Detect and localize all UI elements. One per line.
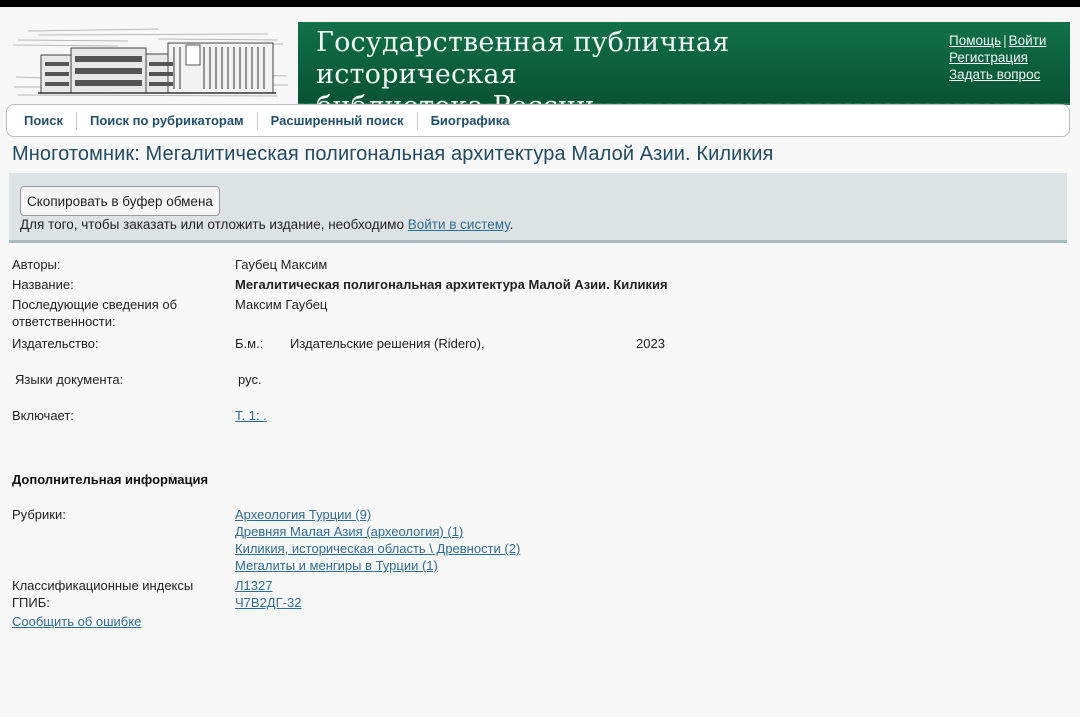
login-note-suffix: .: [510, 217, 514, 232]
class-index-label-line-1: Классификационные индексы: [12, 577, 193, 594]
class-index-link[interactable]: Л1327: [235, 578, 272, 593]
report-error: Сообщить об ошибке: [12, 614, 141, 629]
help-link[interactable]: Помощь: [949, 33, 1001, 48]
nav-advanced-search[interactable]: Расширенный поиск: [258, 112, 418, 130]
copy-to-clipboard-button[interactable]: Скопировать в буфер обмена: [20, 186, 220, 216]
header-links: Помощь|Войти Регистрация Задать вопрос: [949, 32, 1046, 83]
authors-value: Гаубец Максим: [235, 256, 327, 273]
languages-value: рус.: [238, 371, 262, 388]
publisher-name: Издательские решения (Ridero),: [290, 335, 485, 352]
responsibility-label: Последующие сведения об ответственности:: [12, 296, 177, 330]
link-separator: |: [1003, 33, 1007, 48]
rubrics-list: Археология Турции (9) Древняя Малая Азия…: [235, 506, 520, 574]
class-index-label: Классификационные индексы ГПИБ:: [12, 577, 193, 611]
volume-1-link[interactable]: Т. 1: .: [235, 408, 267, 423]
login-note-text: Для того, чтобы заказать или отложить из…: [20, 217, 408, 232]
title-label: Название:: [12, 276, 74, 293]
main-nav: Поиск Поиск по рубрикаторам Расширенный …: [6, 104, 1070, 137]
login-link[interactable]: Войти: [1009, 33, 1047, 48]
authors-label: Авторы:: [12, 256, 61, 273]
nav-biography[interactable]: Биографика: [418, 112, 523, 130]
additional-info-heading: Дополнительная информация: [12, 472, 208, 487]
includes-value: Т. 1: .: [235, 407, 267, 424]
responsibility-label-line-1: Последующие сведения об: [12, 296, 177, 313]
rubric-link[interactable]: Киликия, историческая область \ Древност…: [235, 541, 520, 556]
class-index-label-line-2: ГПИБ:: [12, 594, 193, 611]
class-index-link[interactable]: Ч7В2ДГ-32: [235, 595, 301, 610]
report-error-link[interactable]: Сообщить об ошибке: [12, 614, 141, 629]
responsibility-value: Максим Гаубец: [235, 296, 327, 313]
register-link[interactable]: Регистрация: [949, 50, 1028, 65]
publisher-year: 2023: [636, 335, 665, 352]
title-value: Мегалитическая полигональная архитектура…: [235, 276, 668, 293]
rubric-link[interactable]: Мегалиты и менгиры в Турции (1): [235, 558, 438, 573]
publisher-label: Издательство:: [12, 335, 99, 352]
class-index-values: Л1327 Ч7В2ДГ-32: [235, 577, 301, 611]
login-note: Для того, чтобы заказать или отложить из…: [20, 217, 513, 232]
languages-label: Языки документа:: [15, 371, 123, 388]
nav-search[interactable]: Поиск: [11, 112, 77, 130]
rubric-link[interactable]: Древняя Малая Азия (археология) (1): [235, 524, 463, 539]
status-bar: [0, 0, 1080, 7]
library-building-logo-icon[interactable]: [8, 17, 291, 103]
rubrics-label: Рубрики:: [12, 506, 66, 523]
page-title: Многотомник: Мегалитическая полигональна…: [12, 143, 773, 166]
ask-question-link[interactable]: Задать вопрос: [949, 67, 1040, 82]
site-banner: Государственная публичная историческая б…: [298, 22, 1070, 105]
nav-rubricator-search[interactable]: Поиск по рубрикаторам: [77, 112, 258, 130]
includes-label: Включает:: [12, 407, 74, 424]
publisher-place: Б.м.:: [235, 335, 263, 352]
responsibility-label-line-2: ответственности:: [12, 313, 177, 330]
action-panel: Скопировать в буфер обмена Для того, что…: [9, 173, 1067, 243]
site-header: Государственная публичная историческая б…: [0, 7, 1080, 103]
site-title-line-1: Государственная публичная историческая: [316, 27, 936, 91]
rubric-link[interactable]: Археология Турции (9): [235, 507, 371, 522]
login-system-link[interactable]: Войти в систему: [408, 217, 510, 232]
